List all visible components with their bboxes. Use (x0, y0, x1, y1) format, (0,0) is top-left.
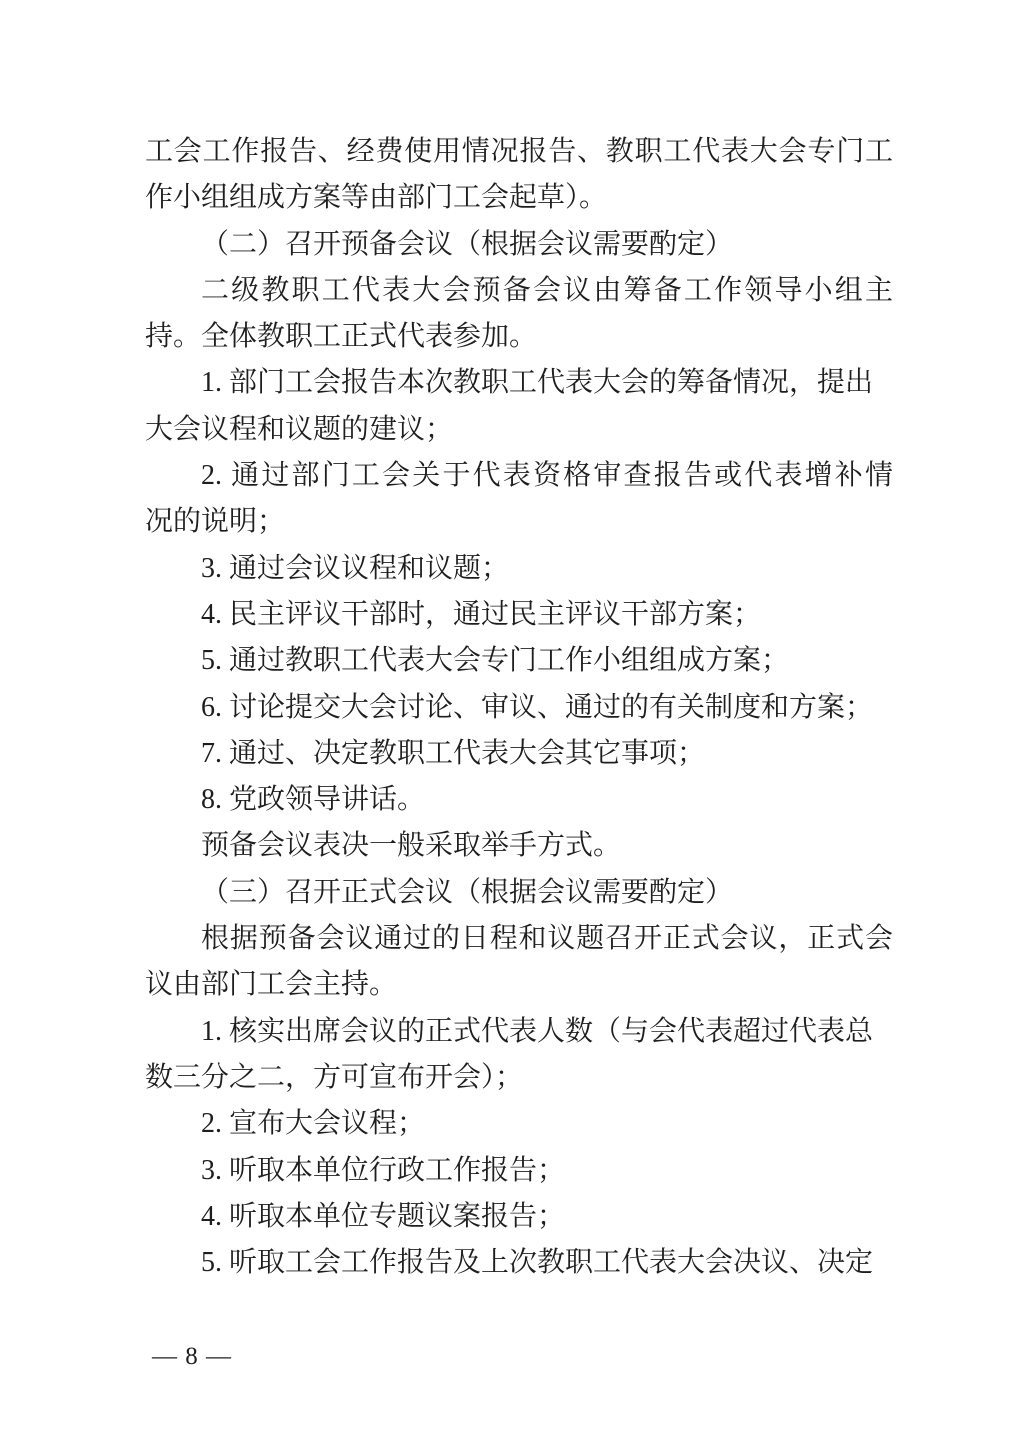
list-item: 5. 通过教职工代表大会专门工作小组组成方案； (145, 638, 893, 684)
list-item: 1. 核实出席会议的正式代表人数（与会代表超过代表总 (145, 1009, 893, 1055)
text-line: 持。全体教职工正式代表参加。 (145, 314, 893, 360)
text-line: 预备会议表决一般采取举手方式。 (145, 823, 893, 869)
text-line: 议由部门工会主持。 (145, 962, 893, 1008)
page-footer: — 8 — (152, 1340, 232, 1374)
text-line: 二级教职工代表大会预备会议由筹备工作领导小组主 (145, 268, 893, 314)
text-line: 数三分之二，方可宣布开会）； (145, 1055, 893, 1101)
list-item: 8. 党政领导讲话。 (145, 777, 893, 823)
section-heading: （二）召开预备会议（根据会议需要酌定） (145, 222, 893, 268)
list-item: 3. 听取本单位行政工作报告； (145, 1148, 893, 1194)
text-line: 工会工作报告、经费使用情况报告、教职工代表大会专门工 (145, 129, 893, 175)
list-item: 3. 通过会议议程和议题； (145, 546, 893, 592)
text-line: 作小组组成方案等由部门工会起草）。 (145, 175, 893, 221)
text-line: 根据预备会议通过的日程和议题召开正式会议，正式会 (145, 916, 893, 962)
document-page: 工会工作报告、经费使用情况报告、教职工代表大会专门工 作小组组成方案等由部门工会… (0, 0, 1024, 1448)
list-item: 5. 听取工会工作报告及上次教职工代表大会决议、决定 (145, 1240, 893, 1286)
list-item: 4. 民主评议干部时，通过民主评议干部方案； (145, 592, 893, 638)
page-number: — 8 — (152, 1343, 232, 1370)
list-item: 2. 宣布大会议程； (145, 1101, 893, 1147)
text-line: 大会议程和议题的建议； (145, 407, 893, 453)
list-item: 1. 部门工会报告本次教职工代表大会的筹备情况，提出 (145, 360, 893, 406)
document-body: 工会工作报告、经费使用情况报告、教职工代表大会专门工 作小组组成方案等由部门工会… (145, 129, 893, 1286)
list-item: 4. 听取本单位专题议案报告； (145, 1194, 893, 1240)
list-item: 2. 通过部门工会关于代表资格审查报告或代表增补情 (145, 453, 893, 499)
list-item: 7. 通过、决定教职工代表大会其它事项； (145, 731, 893, 777)
list-item: 6. 讨论提交大会讨论、审议、通过的有关制度和方案； (145, 685, 893, 731)
text-line: 况的说明； (145, 499, 893, 545)
section-heading: （三）召开正式会议（根据会议需要酌定） (145, 870, 893, 916)
